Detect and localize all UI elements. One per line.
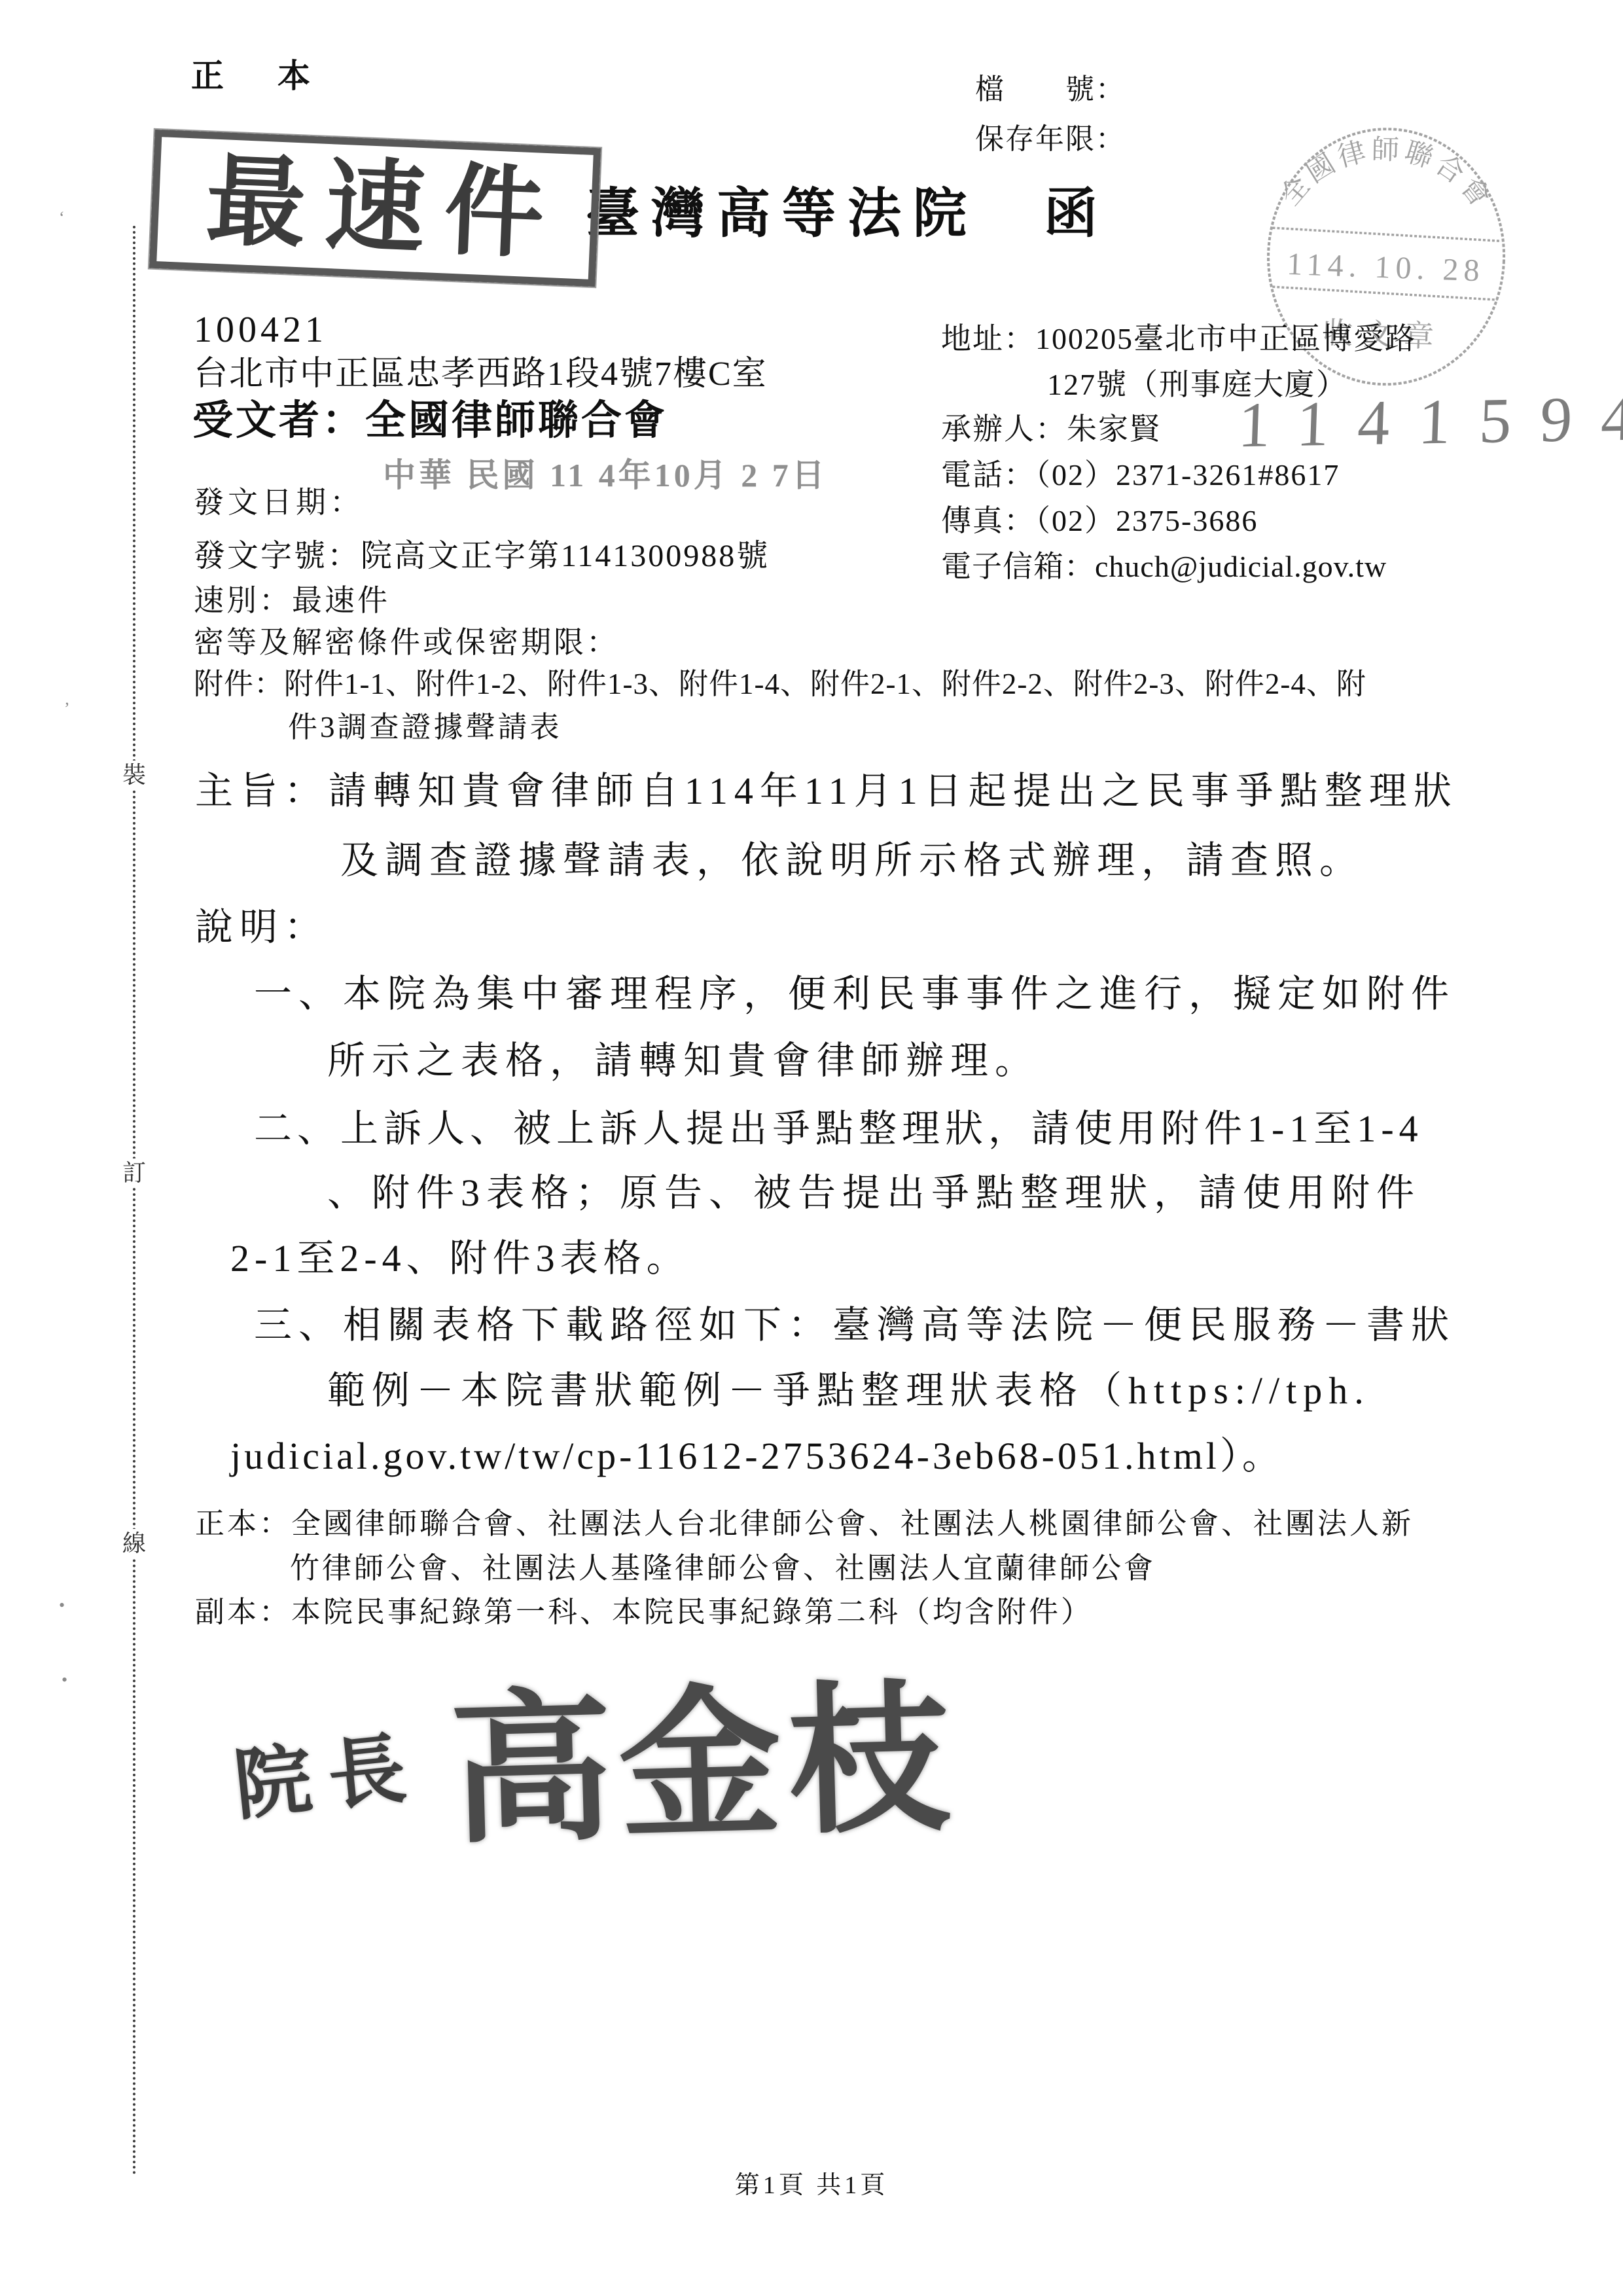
recipient-zip: 100421: [194, 309, 327, 351]
binding-dotted-line: [133, 226, 135, 2176]
receipt-stamp-org-text: 全國律師聯合會: [1275, 132, 1500, 219]
attachments-line-2: 件3調查證據聲請表: [288, 711, 562, 745]
case-officer-line: 承辦人：朱家賢: [941, 412, 1161, 447]
issue-date-stamp: 中華 民國 11 4年10月 2 7日: [383, 457, 828, 495]
explanation-item-3-line-1: 三、相關表格下載路徑如下：臺灣高等法院－便民服務－書狀: [254, 1304, 1455, 1348]
document-number-line: 發文字號：院高文正字第1141300988號: [194, 538, 770, 574]
retention-period-label: 保存年限：: [975, 123, 1126, 156]
scanned-official-letter: 裝 訂 線 ‘ ’ • • 正 本 檔 號： 保存年限： 臺灣高等法院 函 最速…: [0, 0, 1623, 2296]
carbon-copy-line: 副本：本院民事紀錄第一科、本院民事紀錄第二科（均含附件）: [195, 1596, 1093, 1630]
binding-mark-xian: 線: [122, 1529, 146, 1558]
explanation-item-3-line-2: 範例－本院書狀範例－爭點整理狀表格（https://tph.: [327, 1369, 1370, 1413]
signer-name-calligraphy: 高金枝: [448, 1666, 959, 1866]
scan-artifact: •: [59, 1596, 65, 1615]
signer-title: 院長: [230, 1723, 427, 1831]
copy-type-label: 正 本: [191, 58, 321, 96]
scan-artifact: •: [62, 1670, 67, 1690]
page-number: 第1頁 共1頁: [735, 2172, 889, 2200]
receipt-stamp-date: 114. 10. 28: [1287, 247, 1486, 289]
explanation-item-2-line-1: 二、上訴人、被上訴人提出爭點整理狀，請使用附件1-1至1-4: [254, 1107, 1423, 1151]
speed-class-line: 速別：最速件: [194, 584, 390, 619]
court-address-line-1: 地址：100205臺北市中正區博愛路: [941, 322, 1416, 357]
recipient-line: 受文者：全國律師聯合會: [192, 398, 668, 444]
file-number-label: 檔 號：: [975, 73, 1126, 107]
explanation-label: 說明：: [195, 906, 329, 950]
recipient-street-address: 台北市中正區忠孝西路1段4號7樓C室: [194, 355, 768, 394]
attachments-line-1: 附件：附件1-1、附件1-2、附件1-3、附件1-4、附件2-1、附件2-2、附…: [194, 668, 1366, 702]
scan-artifact: ‘: [59, 208, 65, 228]
security-class-line: 密等及解密條件或保密期限：: [194, 626, 619, 660]
explanation-item-2-line-2: 、附件3表格；原告、被告提出爭點整理狀，請使用附件: [327, 1172, 1421, 1215]
binding-mark-ding: 訂: [122, 1158, 146, 1188]
original-recipients-line-2: 竹律師公會、社團法人基隆律師公會、社團法人宜蘭律師公會: [290, 1552, 1156, 1586]
explanation-item-2-line-3: 2-1至2-4、附件3表格。: [230, 1237, 690, 1281]
explanation-item-1-line-2: 所示之表格，請轉知貴會律師辦理。: [327, 1039, 1039, 1083]
document-title: 臺灣高等法院 函: [586, 183, 1109, 245]
explanation-item-3-line-3: judicial.gov.tw/tw/cp-11612-2753624-3eb6…: [230, 1435, 1283, 1479]
fax-line: 傳真：（02）2375-3686: [941, 504, 1258, 539]
most-urgent-stamp: 最速件: [149, 130, 601, 287]
explanation-item-1-line-1: 一、本院為集中審理程序，便利民事事件之進行，擬定如附件: [254, 973, 1455, 1016]
issue-date-label: 發文日期：: [194, 486, 364, 520]
subject-line-2: 及調查證據聲請表，依說明所示格式辦理，請查照。: [340, 839, 1364, 883]
handwritten-receipt-number: 1141594.: [1237, 381, 1623, 463]
scan-artifact: ’: [64, 699, 70, 719]
binding-mark-zhuang: 裝: [122, 761, 146, 790]
original-recipients-line-1: 正本：全國律師聯合會、社團法人台北律師公會、社團法人桃園律師公會、社團法人新: [195, 1507, 1414, 1541]
phone-line: 電話：（02）2371-3261#8617: [941, 458, 1340, 493]
email-line: 電子信箱：chuch@judicial.gov.tw: [941, 550, 1387, 584]
subject-line-1: 主旨：請轉知貴會律師自114年11月1日起提出之民事爭點整理狀: [195, 770, 1458, 814]
